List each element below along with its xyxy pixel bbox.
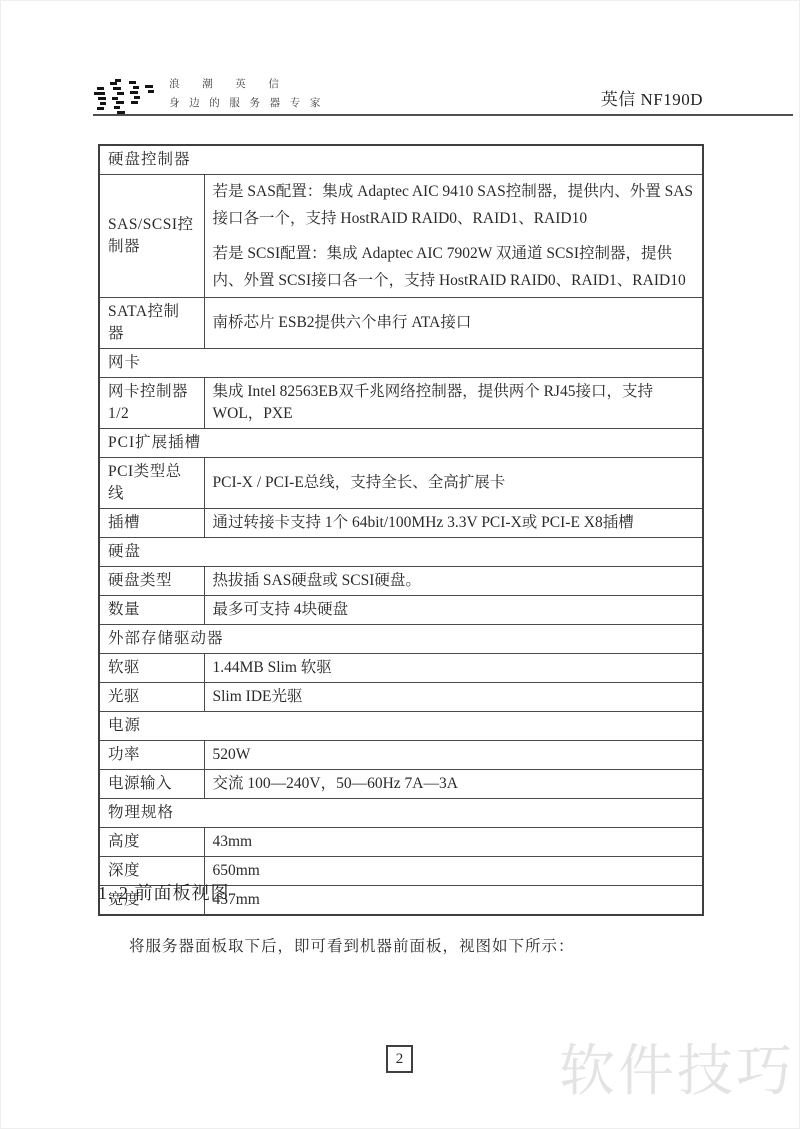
spec-row: 插槽通过转接卡支持 1个 64bit/100MHz 3.3V PCI-X或 PC… bbox=[99, 509, 703, 538]
spec-row: 功率520W bbox=[99, 741, 703, 770]
spec-value: 520W bbox=[204, 741, 703, 770]
spec-label: 功率 bbox=[99, 741, 204, 770]
spec-table: 硬盘控制器SAS/SCSI控制器若是 SAS配置：集成 Adaptec AIC … bbox=[98, 144, 704, 916]
spec-value: 热拔插 SAS硬盘或 SCSI硬盘。 bbox=[204, 567, 703, 596]
spec-section-label: 网卡 bbox=[99, 349, 703, 378]
spec-row: 高度43mm bbox=[99, 828, 703, 857]
spec-section-row: 网卡 bbox=[99, 349, 703, 378]
spec-label: 插槽 bbox=[99, 509, 204, 538]
spec-label: SAS/SCSI控制器 bbox=[99, 175, 204, 298]
spec-row: 网卡控制器 1/2集成 Intel 82563EB双千兆网络控制器，提供两个 R… bbox=[99, 378, 703, 429]
spec-value: 通过转接卡支持 1个 64bit/100MHz 3.3V PCI-X或 PCI-… bbox=[204, 509, 703, 538]
inspur-logo-icon bbox=[93, 78, 161, 121]
spec-table-body: 硬盘控制器SAS/SCSI控制器若是 SAS配置：集成 Adaptec AIC … bbox=[99, 145, 703, 915]
section-heading: 1. 2 前面板视图 bbox=[98, 879, 230, 905]
spec-value-line: 若是 SAS配置：集成 Adaptec AIC 9410 SAS控制器，提供内、… bbox=[213, 178, 695, 232]
spec-row: SATA控制器南桥芯片 ESB2提供六个串行 ATA接口 bbox=[99, 298, 703, 349]
spec-value-line: PCI-X / PCI-E总线，支持全长、全高扩展卡 bbox=[213, 472, 695, 494]
spec-row: 电源输入交流 100—240V，50—60Hz 7A—3A bbox=[99, 770, 703, 799]
spec-value-line: 热拔插 SAS硬盘或 SCSI硬盘。 bbox=[213, 570, 695, 592]
spec-value: 交流 100—240V，50—60Hz 7A—3A bbox=[204, 770, 703, 799]
spec-section-label: PCI扩展插槽 bbox=[99, 429, 703, 458]
spec-value-line: 南桥芯片 ESB2提供六个串行 ATA接口 bbox=[213, 312, 695, 334]
spec-value-line: 1.44MB Slim 软驱 bbox=[213, 657, 695, 679]
spec-label: 高度 bbox=[99, 828, 204, 857]
spec-label: 数量 bbox=[99, 596, 204, 625]
spec-section-label: 电源 bbox=[99, 712, 703, 741]
spec-label: 网卡控制器 1/2 bbox=[99, 378, 204, 429]
spec-value: 南桥芯片 ESB2提供六个串行 ATA接口 bbox=[204, 298, 703, 349]
spec-label: 软驱 bbox=[99, 654, 204, 683]
spec-value: 最多可支持 4块硬盘 bbox=[204, 596, 703, 625]
spec-row: SAS/SCSI控制器若是 SAS配置：集成 Adaptec AIC 9410 … bbox=[99, 175, 703, 298]
spec-section-row: 电源 bbox=[99, 712, 703, 741]
page-header: 浪 潮 英 信 身 边 的 服 务 器 专 家 英信 NF190D bbox=[93, 75, 793, 116]
spec-label: 硬盘类型 bbox=[99, 567, 204, 596]
spec-value: 集成 Intel 82563EB双千兆网络控制器，提供两个 RJ45接口，支持 … bbox=[204, 378, 703, 429]
watermark-text: 软件技巧 bbox=[559, 1027, 795, 1107]
spec-row: 软驱1.44MB Slim 软驱 bbox=[99, 654, 703, 683]
product-model-title: 英信 NF190D bbox=[601, 85, 703, 110]
spec-section-row: 外部存储驱动器 bbox=[99, 625, 703, 654]
spec-value: 43mm bbox=[204, 828, 703, 857]
spec-row: 光驱Slim IDE光驱 bbox=[99, 683, 703, 712]
logo-slogan-text: 身 边 的 服 务 器 专 家 bbox=[169, 95, 324, 110]
spec-value-line: 通过转接卡支持 1个 64bit/100MHz 3.3V PCI-X或 PCI-… bbox=[213, 512, 695, 534]
logo-brand-text: 浪 潮 英 信 bbox=[169, 76, 324, 91]
spec-value: 若是 SAS配置：集成 Adaptec AIC 9410 SAS控制器，提供内、… bbox=[204, 175, 703, 298]
page-number: 2 bbox=[386, 1045, 413, 1073]
spec-value-line: 交流 100—240V，50—60Hz 7A—3A bbox=[213, 773, 695, 795]
spec-value-line: 若是 SCSI配置：集成 Adaptec AIC 7902W 双通道 SCSI控… bbox=[213, 240, 695, 294]
spec-row: 数量最多可支持 4块硬盘 bbox=[99, 596, 703, 625]
spec-value-line: 437mm bbox=[213, 889, 695, 911]
spec-value: 650mm bbox=[204, 857, 703, 886]
spec-value-line: 520W bbox=[213, 744, 695, 766]
spec-value-line: 43mm bbox=[213, 831, 695, 853]
spec-label: PCI类型总线 bbox=[99, 458, 204, 509]
spec-row: PCI类型总线PCI-X / PCI-E总线，支持全长、全高扩展卡 bbox=[99, 458, 703, 509]
spec-label: SATA控制器 bbox=[99, 298, 204, 349]
spec-section-row: 硬盘 bbox=[99, 538, 703, 567]
spec-section-label: 硬盘 bbox=[99, 538, 703, 567]
spec-section-label: 硬盘控制器 bbox=[99, 145, 703, 175]
spec-value: 437mm bbox=[204, 886, 703, 916]
spec-value-line: 集成 Intel 82563EB双千兆网络控制器，提供两个 RJ45接口，支持 … bbox=[213, 381, 695, 425]
spec-value-line: 最多可支持 4块硬盘 bbox=[213, 599, 695, 621]
spec-section-label: 物理规格 bbox=[99, 799, 703, 828]
spec-value: PCI-X / PCI-E总线，支持全长、全高扩展卡 bbox=[204, 458, 703, 509]
spec-value: Slim IDE光驱 bbox=[204, 683, 703, 712]
spec-row: 硬盘类型热拔插 SAS硬盘或 SCSI硬盘。 bbox=[99, 567, 703, 596]
spec-label: 光驱 bbox=[99, 683, 204, 712]
spec-value-line: 650mm bbox=[213, 860, 695, 882]
logo-tagline: 浪 潮 英 信 身 边 的 服 务 器 专 家 bbox=[169, 76, 324, 110]
intro-paragraph: 将服务器面板取下后，即可看到机器前面板，视图如下所示： bbox=[98, 934, 678, 956]
spec-value-line: Slim IDE光驱 bbox=[213, 686, 695, 708]
spec-section-row: PCI扩展插槽 bbox=[99, 429, 703, 458]
spec-section-label: 外部存储驱动器 bbox=[99, 625, 703, 654]
document-page: 浪 潮 英 信 身 边 的 服 务 器 专 家 英信 NF190D 硬盘控制器S… bbox=[0, 0, 800, 1129]
spec-section-row: 物理规格 bbox=[99, 799, 703, 828]
spec-value: 1.44MB Slim 软驱 bbox=[204, 654, 703, 683]
spec-label: 电源输入 bbox=[99, 770, 204, 799]
spec-section-row: 硬盘控制器 bbox=[99, 145, 703, 175]
